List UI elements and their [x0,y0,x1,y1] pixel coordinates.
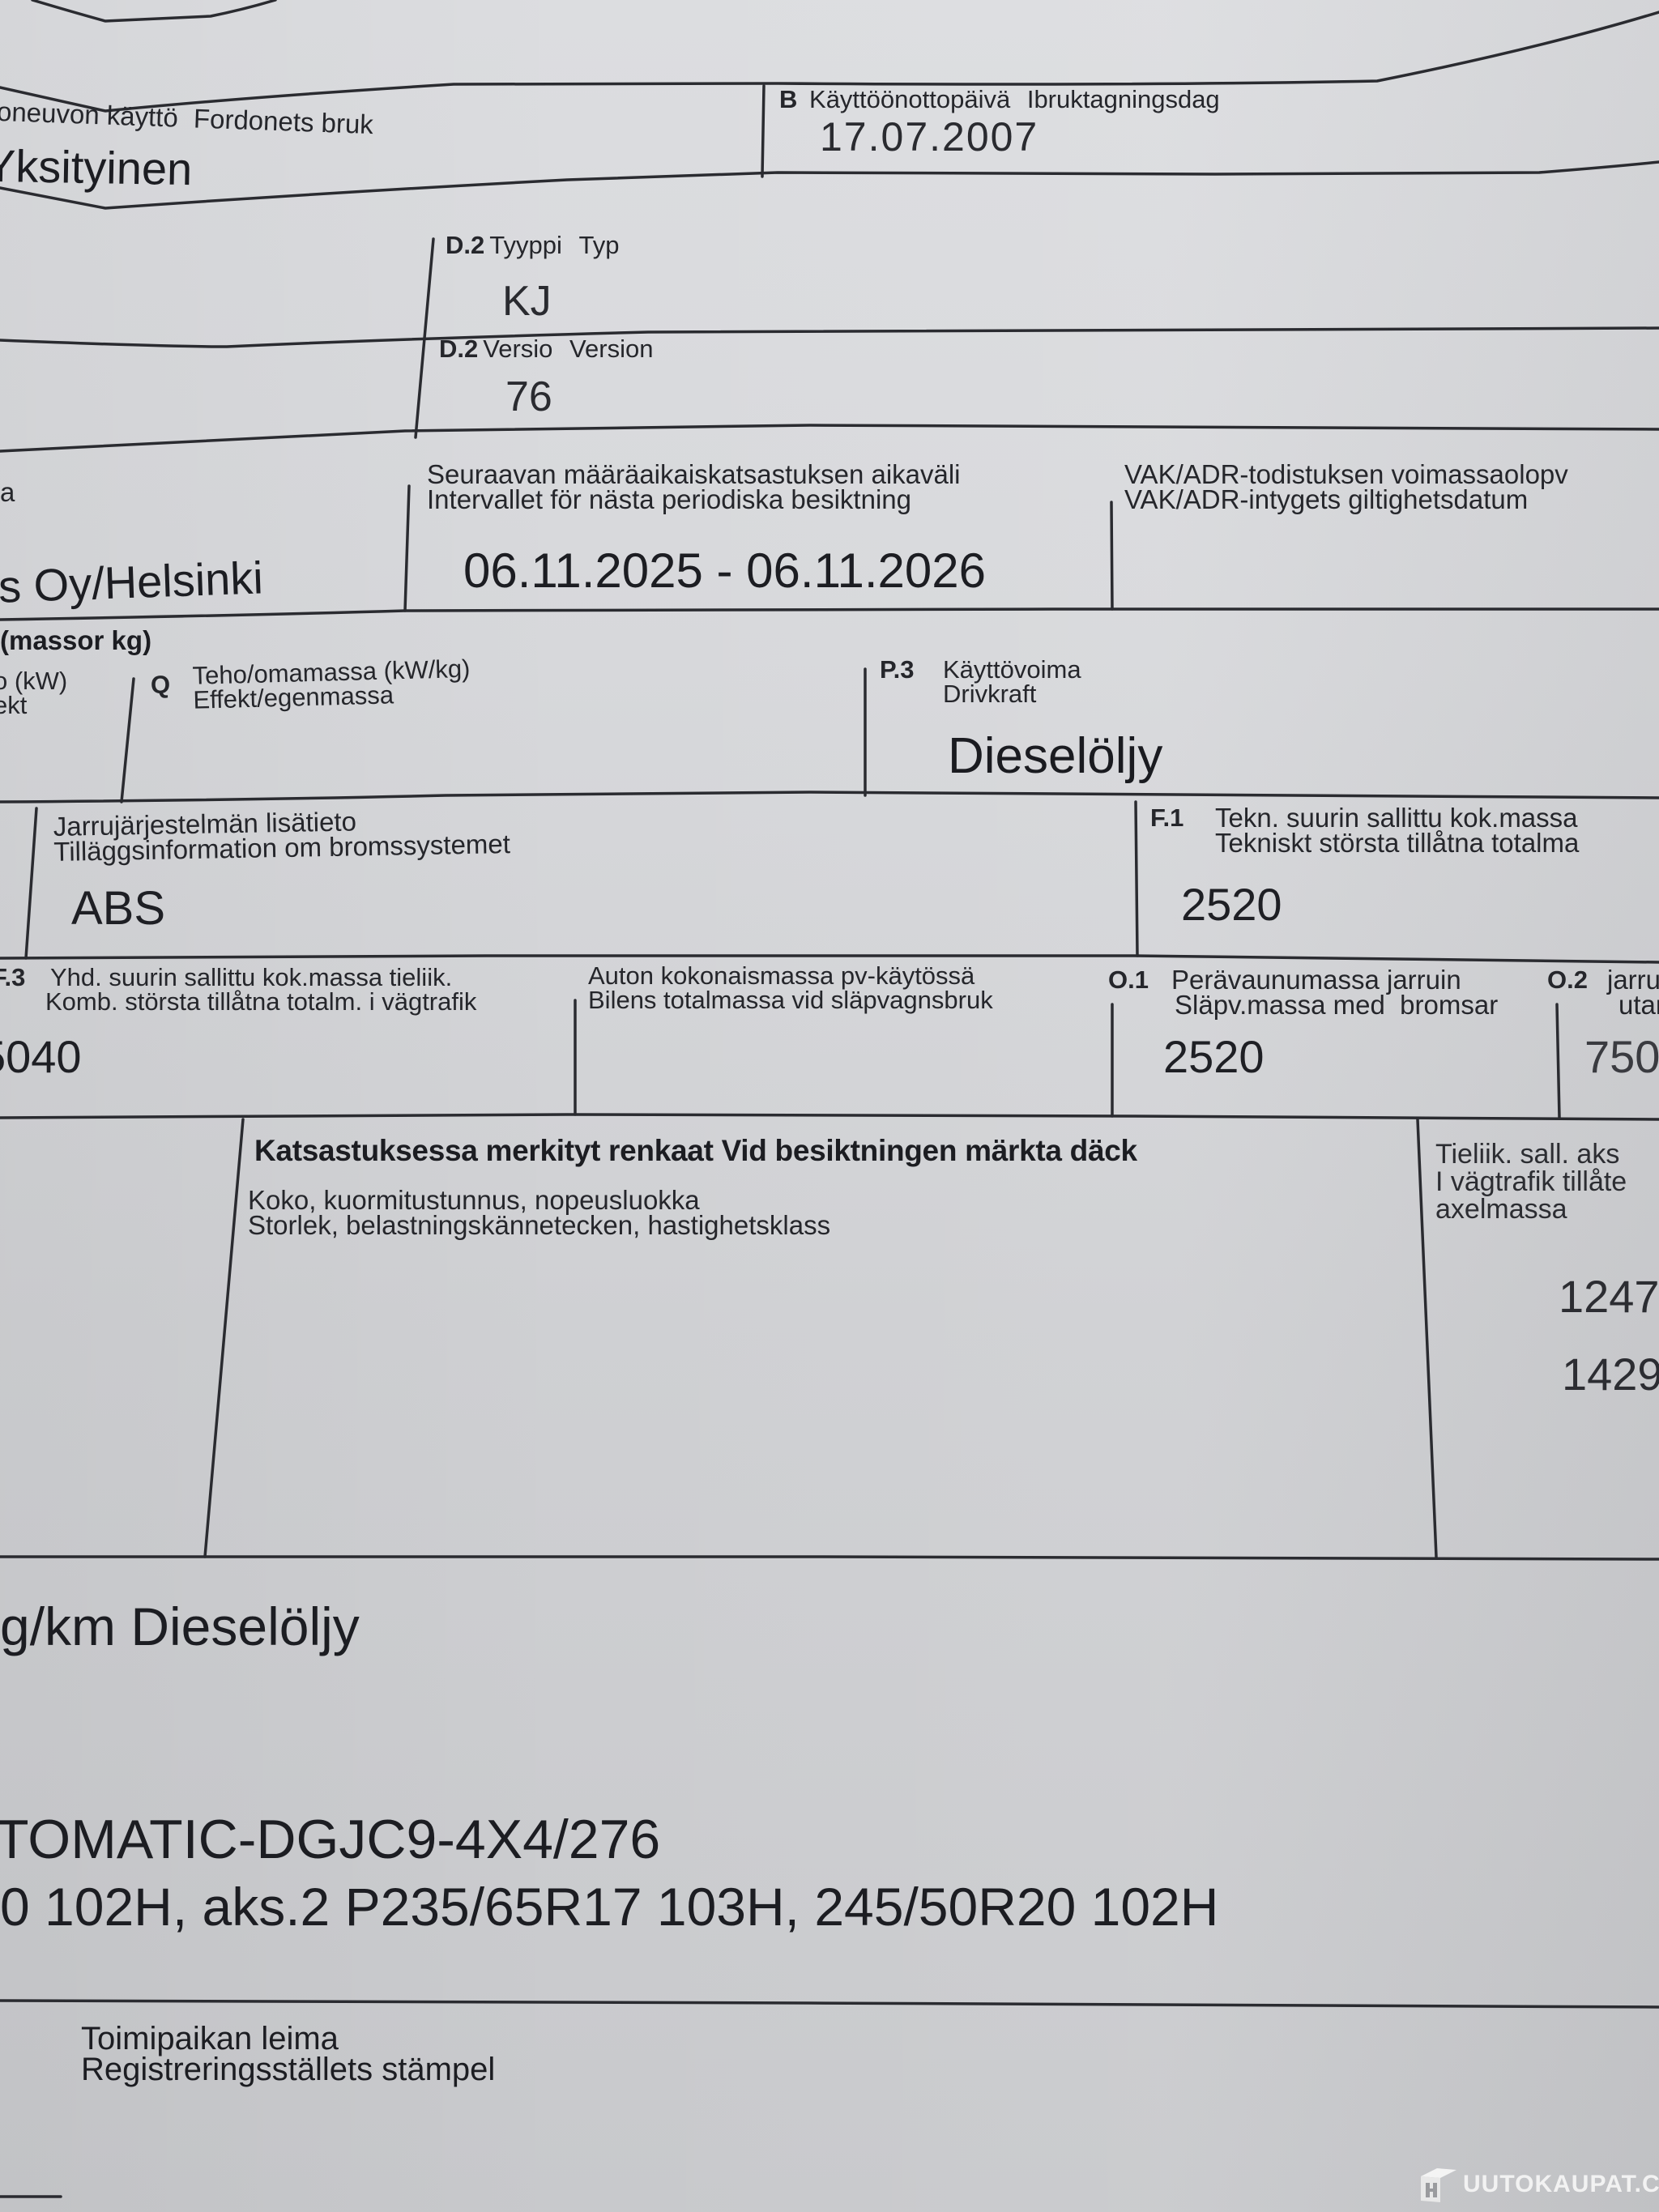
tyres-subheading-fi: Koko, kuormitustunnus, nopeusluokka [248,1187,830,1213]
brake-info-value: ABS [71,881,165,936]
unbraked-trailer-mass-label-fi: jarru [1607,967,1659,992]
tyres-section-heading: Katsastuksessa merkityt renkaat Vid besi… [254,1134,1137,1168]
combination-max-mass-label-fi: Yhd. suurin sallittu kok.massa tieliik. [50,965,476,990]
braked-trailer-mass-label: O.1 Perävaunumassa jarruin Släpv.massa m… [1108,967,1498,1017]
technical-max-mass-label-sv: Tekniskt största tillåtna totalma [1215,830,1579,855]
unbraked-trailer-mass-label-sv: utan [1618,992,1659,1017]
axle-mass-value-1: 1247 [1559,1270,1659,1323]
tyres-subheading: Koko, kuormitustunnus, nopeusluokka Stor… [248,1187,830,1238]
power-label-fi: o (kW) [0,669,67,693]
inspection-interval-label-sv: Intervallet för nästa periodiska besiktn… [427,487,961,512]
field-code-p3: P.3 [880,658,915,682]
power-label-sv: ekt [0,693,67,718]
vehicle-use-label-sv: Fordonets bruk [193,103,373,139]
registration-office-value: s Oy/Helsinki [0,551,264,612]
brake-info-label-sv: Tilläggsinformation om bromssystemet [53,831,510,864]
axle-mass-label-fi: Tieliik. sall. aks [1435,1140,1627,1168]
combination-max-mass-value: 5040 [0,1030,82,1083]
axle-mass-label: Tieliik. sall. aks I vägtrafik tillåte a… [1435,1140,1627,1223]
technical-max-mass-label: F.1 Tekn. suurin sallittu kok.massa Tekn… [1150,805,1579,855]
commissioning-date-label-fi: Käyttöönottopäivä [809,85,1010,113]
unbraked-trailer-mass-value: 750 [1584,1030,1659,1083]
adr-validity-label: VAK/ADR-todistuksen voimassaolopv VAK/AD… [1124,462,1568,512]
version-label: D.2Versio Version [439,337,653,361]
field-code-b: B [779,85,797,113]
unbraked-trailer-mass-label: O.2 jarru utan [1547,967,1659,1017]
type-label-fi: Tyyppi [489,231,562,259]
technical-max-mass-label-fi: Tekn. suurin sallittu kok.massa [1215,805,1579,830]
watermark: UUTOKAUPAT.COM [1419,2165,1659,2204]
type-label-sv: Typ [578,231,619,259]
version-label-sv: Version [569,335,653,363]
transmission-text: TOMATIC-DGJC9-4X4/276 [0,1808,660,1871]
total-mass-trailer-use-label-sv: Bilens totalmassa vid släpvagnsbruk [588,988,993,1012]
adr-validity-label-sv: VAK/ADR-intygets giltighetsdatum [1124,487,1568,512]
inspection-interval-label: Seuraavan määräaikaiskatsastuksen aikavä… [427,462,961,512]
field-code-f1: F.1 [1150,805,1183,830]
vehicle-use-label-fi: oneuvon käyttö [0,96,178,133]
location-label: a [0,479,15,505]
tyre-sizes-text: 0 102H, aks.2 P235/65R17 103H, 245/50R20… [0,1876,1218,1937]
adr-validity-label-fi: VAK/ADR-todistuksen voimassaolopv [1124,462,1568,487]
commissioning-date-label-sv: Ibruktagningsdag [1027,85,1220,113]
axle-mass-value-2: 1429 [1562,1348,1659,1400]
field-code-f3: F.3 [0,965,25,990]
version-label-fi: Versio [483,335,552,363]
type-value: KJ [502,277,552,326]
watermark-text: UUTOKAUPAT.COM [1463,2171,1659,2198]
tyres-subheading-sv: Storlek, belastningskännetecken, hastigh… [248,1213,830,1238]
field-code-o2: O.2 [1547,967,1588,992]
fuel-label: P.3 Käyttövoima Drivkraft [880,658,1081,706]
total-mass-trailer-use-label-fi: Auton kokonaismassa pv-käytössä [588,964,993,988]
technical-max-mass-value: 2520 [1181,878,1282,931]
brake-info-label: Jarrujärjestelmän lisätieto Tilläggsinfo… [53,806,511,864]
inspection-interval-value: 06.11.2025 - 06.11.2026 [463,543,986,599]
field-code-d2-type: D.2 [446,231,484,259]
inspection-interval-label-fi: Seuraavan määräaikaiskatsastuksen aikavä… [427,462,961,487]
axle-mass-label-sv-2: axelmassa [1435,1196,1627,1223]
braked-trailer-mass-value: 2520 [1163,1030,1265,1083]
field-code-d2-version: D.2 [439,335,478,363]
braked-trailer-mass-label-sv: Släpv.massa med bromsar [1175,992,1498,1017]
stamp-label-fi: Toimipaikan leima [81,2023,495,2054]
stamp-label: Toimipaikan leima Registreringsställets … [81,2023,495,2085]
fuel-label-fi: Käyttövoima [943,658,1081,682]
fuel-label-sv: Drivkraft [943,682,1081,706]
version-value: 76 [505,373,552,421]
combination-max-mass-label-sv: Komb. största tillåtna totalm. i vägtraf… [45,990,476,1014]
fuel-value: Dieselöljy [948,727,1162,785]
stamp-label-sv: Registreringsställets stämpel [81,2054,495,2085]
type-label: D.2Tyyppi Typ [446,233,619,258]
braked-trailer-mass-label-fi: Perävaunumassa jarruin [1171,967,1498,992]
axle-mass-label-sv: I vägtrafik tillåte [1435,1168,1627,1196]
field-code-o1: O.1 [1108,967,1149,992]
commissioning-date-value: 17.07.2007 [820,113,1038,160]
combination-max-mass-label: F.3 Yhd. suurin sallittu kok.massa tieli… [0,965,476,1014]
masses-section-header: (massor kg) [0,625,151,656]
emissions-fuel-text: g/km Dieselöljy [0,1596,360,1657]
power-to-mass-label: Q Teho/omamassa (kW/kg) Effekt/egenmassa [150,657,471,714]
total-mass-trailer-use-label: Auton kokonaismassa pv-käytössä Bilens t… [588,964,993,1012]
vehicle-use-value: Yksityinen [0,139,193,195]
box-h-logo-icon [1419,2165,1458,2204]
power-label: o (kW) ekt [0,669,67,718]
field-code-q: Q [151,673,171,698]
commissioning-date-label: B Käyttöönottopäivä Ibruktagningsdag [779,87,1220,112]
